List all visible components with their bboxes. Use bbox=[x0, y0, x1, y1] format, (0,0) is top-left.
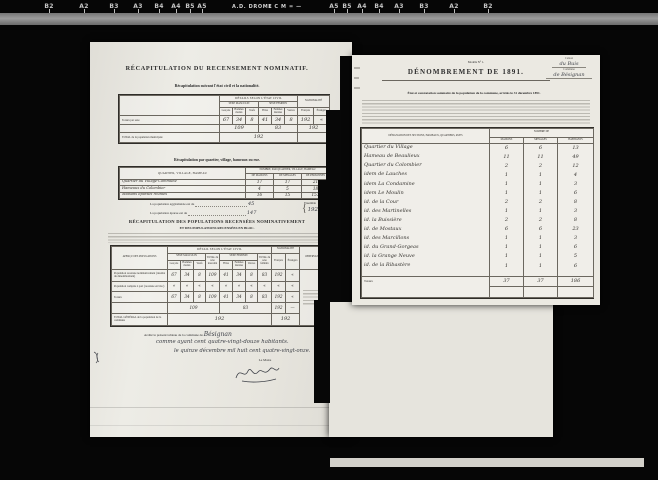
cell: 192 bbox=[272, 292, 286, 303]
commune-name-handwritten: Bésignan bbox=[204, 331, 232, 338]
detail-recap-table: APERÇU DES POPULATIONS DÉTAIL SELON L'ÉT… bbox=[110, 245, 330, 327]
district-maisons: 16 bbox=[246, 192, 274, 198]
enumeration-table: DÉSIGNATION DES SECTIONS, HAMEAUX, QUART… bbox=[360, 127, 594, 299]
maisons: 2 bbox=[490, 198, 524, 207]
certification-line1: Arrêté le présent tableau de la commune … bbox=[144, 331, 232, 338]
row-label: Population recensée nominativement (résu… bbox=[112, 269, 168, 281]
value-francais: 192 bbox=[298, 116, 314, 125]
right-page-title: DÉNOMBREMENT DE 1891. bbox=[372, 68, 560, 76]
male-total: 109 bbox=[220, 124, 259, 133]
section-name: Quartier du Colombier bbox=[362, 162, 490, 171]
enumeration-row: id. la Grange Neuve 1 1 5 bbox=[362, 252, 594, 261]
enumeration-row: idem La Condamine 1 1 3 bbox=[362, 180, 594, 189]
sheet-edge-line bbox=[90, 407, 352, 408]
margin-print-fragment bbox=[354, 67, 360, 69]
col-garcons: Garçons bbox=[168, 260, 181, 269]
male-total-header: TOTAL du sexe masculin bbox=[206, 253, 220, 269]
enumeration-row: id. de la Cour 2 2 8 bbox=[362, 198, 594, 207]
totaux-label: Totaux bbox=[112, 292, 168, 303]
col-veufs: Veufs bbox=[194, 260, 206, 269]
cell: 109 bbox=[206, 292, 220, 303]
maisons: 2 bbox=[490, 162, 524, 171]
empty-header-cell bbox=[120, 96, 220, 116]
menages: 2 bbox=[524, 198, 558, 207]
enumeration-row: id. de la Ribastère 1 1 6 bbox=[362, 261, 594, 270]
nationality-header: NATIONALITÉ bbox=[298, 96, 330, 108]
section-name: id. la Grange Neuve bbox=[362, 252, 490, 261]
archive-stamp-label: A.D. DROME bbox=[232, 4, 272, 10]
cell: « bbox=[168, 281, 181, 291]
maisons: 1 bbox=[490, 180, 524, 189]
section-name: id. de la Ribastère bbox=[362, 261, 490, 270]
male-group-header: SEXE MASCULIN bbox=[168, 253, 206, 260]
totals-row: Totaux 37 37 186 bbox=[362, 277, 594, 287]
dotted-leader bbox=[195, 202, 247, 207]
population-row: Population recensée nominativement (résu… bbox=[112, 269, 330, 281]
totals-row: Totaux 67 34 8 109 41 34 8 83 192 « bbox=[112, 292, 330, 303]
cell: 83 bbox=[258, 269, 272, 281]
maisons: 1 bbox=[490, 243, 524, 252]
grand-total-value: 192 bbox=[168, 313, 272, 325]
cell: 34 bbox=[181, 292, 194, 303]
col-etrangers: Étrangers bbox=[286, 253, 300, 269]
left-page-subtitle: Récapitulation suivant l'état civil et l… bbox=[110, 83, 324, 88]
section-name: Quartier du Village bbox=[362, 143, 490, 152]
totals-row-label: Totaux par sexe bbox=[120, 116, 220, 125]
col-femmes-mariees: Femmes mariées bbox=[272, 107, 285, 116]
district-row: Maisons éparses réunies 16 15 153 bbox=[120, 192, 330, 198]
habitants: 4 bbox=[558, 171, 594, 180]
enumeration-row: idem de Lauches 1 1 4 bbox=[362, 171, 594, 180]
habitants: 49 bbox=[558, 153, 594, 162]
value-femmes-mariees: 34 bbox=[272, 116, 285, 125]
section-name: idem de Lauches bbox=[362, 171, 490, 180]
mayor-signature bbox=[232, 362, 282, 384]
menages: 1 bbox=[524, 180, 558, 189]
habitants: 6 bbox=[558, 189, 594, 198]
district-table: QUARTIER, VILLAGE, HAMEAU NOMBRE, PAR QU… bbox=[118, 166, 330, 200]
col-veuves: Veuves bbox=[285, 107, 298, 116]
menages: 2 bbox=[524, 162, 558, 171]
designation-header: DÉSIGNATION DES SECTIONS, HAMEAUX, QUART… bbox=[362, 129, 490, 144]
title-rule bbox=[382, 79, 550, 81]
cell: 41 bbox=[220, 269, 233, 281]
cell: « bbox=[181, 281, 194, 291]
menages: 2 bbox=[524, 216, 558, 225]
grand-total-label: TOTAL GÉNÉRAL de la population de la com… bbox=[112, 313, 168, 325]
left-page-title: RÉCAPITULATION DU RECENSEMENT NOMINATIF. bbox=[110, 65, 324, 72]
value-garcons: 67 bbox=[220, 116, 233, 125]
blank-under-sheet bbox=[329, 300, 553, 437]
enumeration-row: id. de Mostaux 6 6 23 bbox=[362, 225, 594, 234]
section-name: id. des Marcillons bbox=[362, 234, 490, 243]
agglomerated-line: La population agglomérée est de 45 bbox=[150, 202, 300, 207]
sums-row: 109 83 192 — bbox=[112, 303, 330, 313]
grand-total-row: TOTAL GÉNÉRAL de la population de la com… bbox=[112, 313, 330, 325]
menages: 1 bbox=[524, 261, 558, 270]
habitants: 6 bbox=[558, 261, 594, 270]
certification-printed: Arrêté le présent tableau de la commune … bbox=[144, 333, 203, 337]
cell: « bbox=[246, 281, 258, 291]
scattered-label: La population éparse est de bbox=[150, 211, 187, 215]
cell: « bbox=[220, 281, 233, 291]
ensemble-brace: { bbox=[302, 203, 307, 214]
total-habitants: 186 bbox=[558, 277, 594, 287]
cell: « bbox=[286, 281, 300, 291]
col-hommes-maries: Hommes mariés bbox=[181, 260, 194, 269]
canton-value: du Buis bbox=[552, 61, 586, 68]
menages: 6 bbox=[524, 143, 558, 152]
grand-total-nationality: 192 bbox=[272, 313, 300, 325]
scattered-line: La population éparse est de 147 bbox=[150, 211, 300, 216]
maisons: 1 bbox=[490, 261, 524, 270]
margin-print-fragment bbox=[354, 87, 360, 89]
section-name: idem La Condamine bbox=[362, 180, 490, 189]
enumeration-row: id. du Grand-Gorgeas 1 1 6 bbox=[362, 243, 594, 252]
enumeration-row: Hameau de Beaulieux 11 11 49 bbox=[362, 153, 594, 162]
value-veufs: 8 bbox=[246, 116, 259, 125]
section-name: Hameau de Beaulieux bbox=[362, 153, 490, 162]
habitants: 8 bbox=[558, 216, 594, 225]
maisons: 1 bbox=[490, 207, 524, 216]
cell: 67 bbox=[168, 292, 181, 303]
maisons: 1 bbox=[490, 234, 524, 243]
block-title-line2: ET DES POPULATIONS RECENSÉES EN BLOC. bbox=[104, 226, 330, 230]
agglomerated-value: 45 bbox=[248, 201, 254, 207]
cell: « bbox=[286, 292, 300, 303]
cell: 34 bbox=[181, 269, 194, 281]
count-header: NOMBRE DE bbox=[490, 129, 594, 138]
municipal-total-value: 192 bbox=[220, 133, 298, 143]
agglomerated-label: La population agglomérée est de bbox=[150, 202, 194, 206]
total-maisons: 37 bbox=[490, 277, 524, 287]
menages: 1 bbox=[524, 252, 558, 261]
block-title-line1: RÉCAPITULATION DES POPULATIONS RECENSÉES… bbox=[104, 219, 330, 224]
cell: 8 bbox=[246, 269, 258, 281]
cell: 8 bbox=[246, 292, 258, 303]
empty-cell bbox=[298, 133, 330, 143]
cell: « bbox=[206, 281, 220, 291]
maisons: 1 bbox=[490, 189, 524, 198]
col-veuves: Veuves bbox=[246, 260, 258, 269]
enumeration-row: id. la Buissière 2 2 8 bbox=[362, 216, 594, 225]
right-page: Modèle N° 1. Canton du Buis Commune de B… bbox=[352, 55, 600, 305]
spine-shadow bbox=[314, 300, 330, 403]
maisons: 6 bbox=[490, 143, 524, 152]
certification-line3: le quinze décembre mil huit cent quatre-… bbox=[174, 348, 310, 354]
enumeration-row: idem Le Moulin 1 1 6 bbox=[362, 189, 594, 198]
cell: 8 bbox=[194, 292, 206, 303]
civil-status-table: DÉTAILS SELON L'ÉTAT CIVIL NATIONALITÉ S… bbox=[118, 94, 330, 144]
margin-print-fragment bbox=[354, 77, 359, 79]
bottom-spacer-row bbox=[362, 287, 594, 298]
value-veuves: 8 bbox=[285, 116, 298, 125]
habitants: 6 bbox=[558, 243, 594, 252]
section-name: id. de la Cour bbox=[362, 198, 490, 207]
col-francais: Français bbox=[298, 107, 314, 116]
cell: « bbox=[272, 281, 286, 291]
nationality-total: 192 bbox=[298, 124, 330, 133]
habitants: 23 bbox=[558, 225, 594, 234]
menages: 6 bbox=[524, 225, 558, 234]
col-veufs: Veufs bbox=[246, 107, 259, 116]
section-name: id. la Buissière bbox=[362, 216, 490, 225]
menages: 1 bbox=[524, 207, 558, 216]
total-menages: 37 bbox=[524, 277, 558, 287]
col-filles: Filles bbox=[220, 260, 233, 269]
certification-line2: comme ayant cent quatre-vingt-douze habi… bbox=[156, 339, 289, 345]
spine-shadow bbox=[326, 110, 353, 186]
enumeration-row: Quartier du Colombier 2 2 12 bbox=[362, 162, 594, 171]
maisons: 11 bbox=[490, 153, 524, 162]
french-sum: 192 bbox=[272, 303, 286, 313]
ensemble-value: 192 bbox=[308, 207, 319, 213]
col-hommes-maries: Hommes mariés bbox=[233, 107, 246, 116]
cell: 41 bbox=[220, 292, 233, 303]
menages: 11 bbox=[524, 153, 558, 162]
microfilm-scan-viewer: B2 A2 B3 A3 B4 A4 B5 A5 A.D. DROME 1 C M… bbox=[0, 0, 658, 480]
col-filles: Filles bbox=[259, 107, 272, 116]
nationality-header: NATIONALITÉ bbox=[272, 247, 300, 254]
district-name: Maisons éparses réunies bbox=[120, 192, 246, 198]
section-name: id. de Mostaux bbox=[362, 225, 490, 234]
cell: 109 bbox=[206, 269, 220, 281]
female-total-header: TOTAL du sexe féminin bbox=[258, 253, 272, 269]
right-page-subtitle: État et constatation sommaire de la popu… bbox=[364, 91, 584, 95]
habitants: 8 bbox=[558, 198, 594, 207]
district-name-header: QUARTIER, VILLAGE, HAMEAU bbox=[120, 168, 246, 180]
habitants: 13 bbox=[558, 143, 594, 152]
female-total: 83 bbox=[259, 124, 298, 133]
empty-label bbox=[112, 303, 168, 313]
menages: 1 bbox=[524, 171, 558, 180]
page-edge-sliver bbox=[330, 458, 644, 467]
habitants: 3 bbox=[558, 234, 594, 243]
habitants: 12 bbox=[558, 162, 594, 171]
cell: « bbox=[286, 269, 300, 281]
col-femmes-mariees: Femmes mariées bbox=[233, 260, 246, 269]
foreign-sum: — bbox=[286, 303, 300, 313]
section-name: idem Le Moulin bbox=[362, 189, 490, 198]
maisons: 2 bbox=[490, 216, 524, 225]
maisons: 6 bbox=[490, 225, 524, 234]
section-name: id. du Grand-Gorgeas bbox=[362, 243, 490, 252]
male-sum: 109 bbox=[168, 303, 220, 313]
canton-entry: Canton du Buis bbox=[552, 58, 586, 68]
female-group-header: SEXE FÉMININ bbox=[220, 253, 258, 260]
scattered-value: 147 bbox=[247, 210, 257, 216]
col-francais: Français bbox=[272, 253, 286, 269]
detail-header: DÉTAIL SELON L'ÉTAT CIVIL bbox=[168, 247, 272, 254]
dotted-leader bbox=[188, 211, 246, 216]
fine-print-paragraph bbox=[108, 233, 324, 243]
left-page: RÉCAPITULATION DU RECENSEMENT NOMINATIF.… bbox=[90, 42, 352, 437]
totals-label: Totaux bbox=[362, 277, 490, 287]
population-row: Population comptée à part (recensée en b… bbox=[112, 281, 330, 291]
ensemble-block: Ensemble { 192 bbox=[302, 201, 318, 214]
enumeration-row: id. des Marcillons 1 1 3 bbox=[362, 234, 594, 243]
menages: 1 bbox=[524, 189, 558, 198]
row-label: Population comptée à part (recensée en b… bbox=[112, 281, 168, 291]
district-menages: 15 bbox=[274, 192, 302, 198]
female-sum: 83 bbox=[220, 303, 272, 313]
habitants: 5 bbox=[558, 252, 594, 261]
cell: 83 bbox=[258, 292, 272, 303]
maisons: 1 bbox=[490, 252, 524, 261]
cell: 67 bbox=[168, 269, 181, 281]
enumeration-row: Quartier du Village 6 6 13 bbox=[362, 143, 594, 152]
cell: 8 bbox=[194, 269, 206, 281]
district-section-title: Récapitulation par quartier, village, ha… bbox=[110, 158, 324, 162]
value-hommes-maries: 34 bbox=[233, 116, 246, 125]
spine-shadow bbox=[318, 180, 353, 302]
menages: 1 bbox=[524, 243, 558, 252]
ruler-scale-label: 1 C M = — bbox=[268, 4, 302, 10]
sheet-edge-line bbox=[90, 425, 352, 426]
habitants: 3 bbox=[558, 180, 594, 189]
cell: « bbox=[194, 281, 206, 291]
habitants: 3 bbox=[558, 207, 594, 216]
value-filles: 41 bbox=[259, 116, 272, 125]
municipal-total-label: TOTAL de la population municipale bbox=[120, 133, 220, 143]
menages: 1 bbox=[524, 234, 558, 243]
col-garcons: Garçons bbox=[220, 107, 233, 116]
cell: 34 bbox=[233, 292, 246, 303]
ruler-gray-band bbox=[0, 13, 658, 25]
cell: 192 bbox=[272, 269, 286, 281]
empty-label-cell bbox=[120, 124, 220, 133]
enumeration-row: id. des Martinelles 1 1 3 bbox=[362, 207, 594, 216]
margin-mark bbox=[92, 350, 102, 364]
cell: « bbox=[258, 281, 272, 291]
section-name: id. des Martinelles bbox=[362, 207, 490, 216]
fine-print-paragraph bbox=[362, 100, 590, 124]
maisons: 1 bbox=[490, 171, 524, 180]
cell: « bbox=[233, 281, 246, 291]
apercu-header: APERÇU DES POPULATIONS bbox=[112, 247, 168, 270]
cell: 34 bbox=[233, 269, 246, 281]
